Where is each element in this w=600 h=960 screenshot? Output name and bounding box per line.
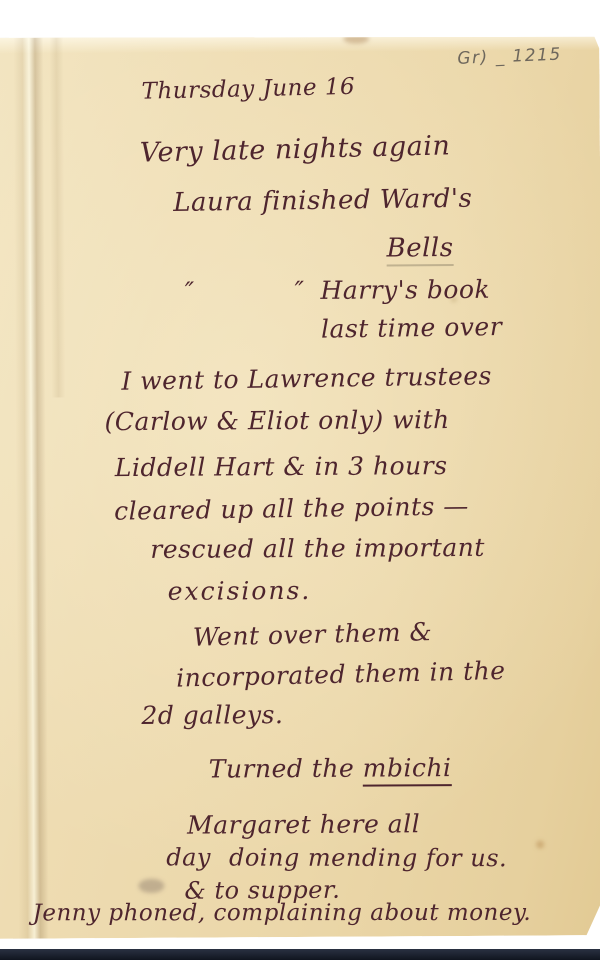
manuscript-line-bells-title: Bells	[386, 235, 453, 266]
manuscript-line-cleared-points: cleared up all the points —	[114, 493, 469, 523]
manuscript-line-laura-finished: Laura finished Ward's	[173, 186, 472, 216]
manuscript-line-text: day	[166, 843, 211, 871]
manuscript-line-turned-the-mbichi: Turned the mbichi	[209, 755, 452, 781]
manuscript-line-harrys-book: ″″Harry's book	[185, 277, 490, 304]
stain-spot	[536, 841, 544, 849]
manuscript-line-galleys: 2d galleys.	[141, 702, 283, 728]
manuscript-line-liddell-hart: Liddell Hart & in 3 hours	[115, 453, 448, 480]
scan-edge-band	[0, 949, 600, 960]
stain-spot	[343, 34, 369, 44]
manuscript-line-went-over-them: Went over them &	[193, 619, 433, 650]
manuscript-line-rescued-important: rescued all the important	[150, 535, 485, 562]
fold-crease	[13, 38, 49, 939]
archive-notation-pencil: Gr) _ 1215	[457, 45, 562, 69]
manuscript-line-margaret-here: Margaret here all	[187, 811, 420, 837]
manuscript-line-text: Harry's book	[320, 275, 490, 305]
manuscript-line-text: Turned the	[209, 754, 355, 784]
paper-sheet: Gr) _ 1215 Thursday June 16 Very late ni…	[0, 34, 600, 939]
manuscript-line-last-time-over: last time over	[321, 314, 502, 342]
manuscript-line-incorporated: incorporated them in the	[176, 658, 506, 691]
fold-crease-secondary	[49, 37, 65, 397]
ink-smudge	[138, 879, 164, 893]
manuscript-line-went-to-trustees: I went to Lawrence trustees	[121, 363, 492, 393]
manuscript-line-text: doing mending for us.	[229, 843, 507, 872]
manuscript-line-very-late-nights: Very late nights again	[140, 132, 451, 166]
ditto-mark: ″	[295, 276, 305, 305]
manuscript-scan: { "document": { "archive_notation": "Gr)…	[0, 0, 600, 960]
date-heading: Thursday June 16	[141, 76, 355, 104]
manuscript-line-to-supper: & to supper.	[184, 878, 340, 903]
manuscript-line-day-mending: daydoing mending for us.	[166, 845, 507, 870]
manuscript-line-excisions: excisions.	[168, 578, 312, 604]
manuscript-line-carlow-eliot: (Carlow & Eliot only) with	[105, 407, 450, 434]
underlined-word: mbichi	[363, 753, 452, 787]
ditto-mark: ″	[185, 277, 195, 306]
manuscript-line-jenny-phoned: Jenny phoned, complaining about money.	[33, 902, 532, 925]
